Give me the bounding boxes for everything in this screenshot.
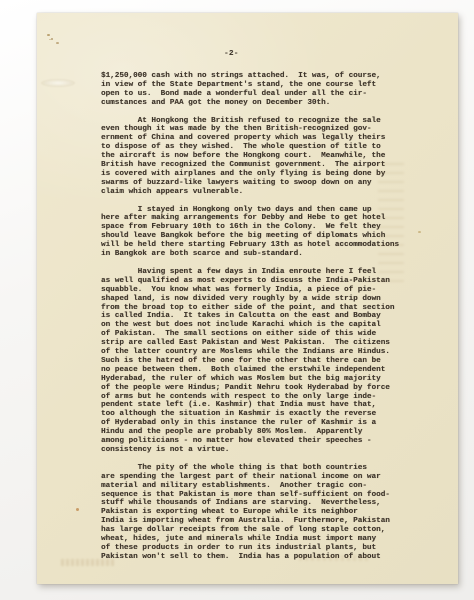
paper-speck (47, 34, 50, 36)
paper-speck (51, 38, 53, 40)
page-number: -2- (224, 50, 239, 59)
paper-speck (56, 42, 59, 44)
paper-crease (41, 79, 75, 87)
letter-body: $1,250,000 cash with no strings attached… (101, 72, 413, 562)
paper-speck (418, 231, 421, 233)
paper-speck (76, 508, 79, 511)
ink-bleed-through-mark (299, 555, 371, 561)
paper-speck (49, 39, 51, 40)
paragraph-war-economy: The pity of the whole thing is that both… (101, 464, 413, 562)
paragraph-india-pakistan: Having spent a few days in India enroute… (101, 268, 413, 455)
ink-bleed-through-mark (61, 559, 115, 566)
paragraph-funding: $1,250,000 cash with no strings attached… (101, 72, 413, 108)
paragraph-hongkong-sale: At Hongkong the British refused to recog… (101, 117, 413, 197)
scanned-letter-page: -2- $1,250,000 cash with no strings atta… (37, 13, 458, 584)
ink-bleed-through-mark (378, 163, 404, 283)
paragraph-hotel-arrangements: I stayed in Hongkong only two days and t… (101, 206, 413, 259)
